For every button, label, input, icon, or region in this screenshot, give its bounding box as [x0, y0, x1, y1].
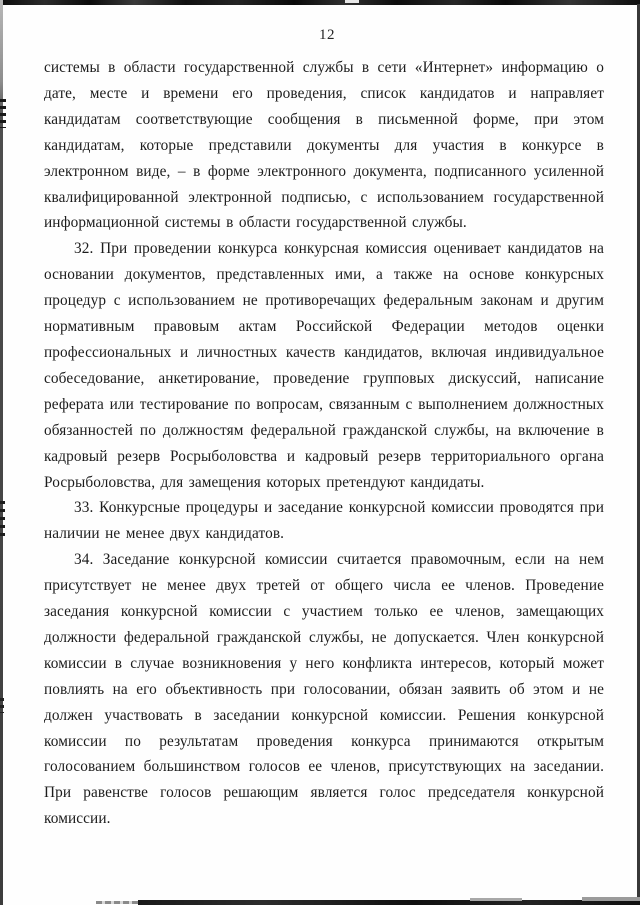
paragraph-item-34: 34. Заседание конкурсной комиссии считае… — [44, 547, 604, 832]
scan-artifact-bottom-edge — [138, 900, 640, 905]
scan-artifact-top-notch — [345, 0, 359, 3]
scan-artifact-bottom-mid-patch — [470, 898, 522, 901]
document-text: системы в области государственной службы… — [44, 55, 604, 832]
page-number: 12 — [0, 27, 640, 44]
scan-artifact-top-edge — [0, 0, 640, 5]
scan-artifact-bottom-right-patch — [582, 897, 640, 901]
paragraph-continuation: системы в области государственной службы… — [44, 55, 604, 236]
scanned-document-page: 12 системы в области государственной слу… — [0, 0, 640, 905]
scan-artifact-left-edge — [0, 0, 3, 905]
scan-artifact-left-ticks-lower — [0, 698, 4, 713]
scan-artifact-bottom-dashes — [96, 901, 138, 904]
paragraph-item-32: 32. При проведении конкурса конкурсная к… — [44, 236, 604, 495]
scan-artifact-left-ticks-upper — [0, 99, 6, 128]
paragraph-item-33: 33. Конкурсные процедуры и заседание кон… — [44, 495, 604, 547]
scan-artifact-left-ticks-middle — [0, 501, 5, 536]
